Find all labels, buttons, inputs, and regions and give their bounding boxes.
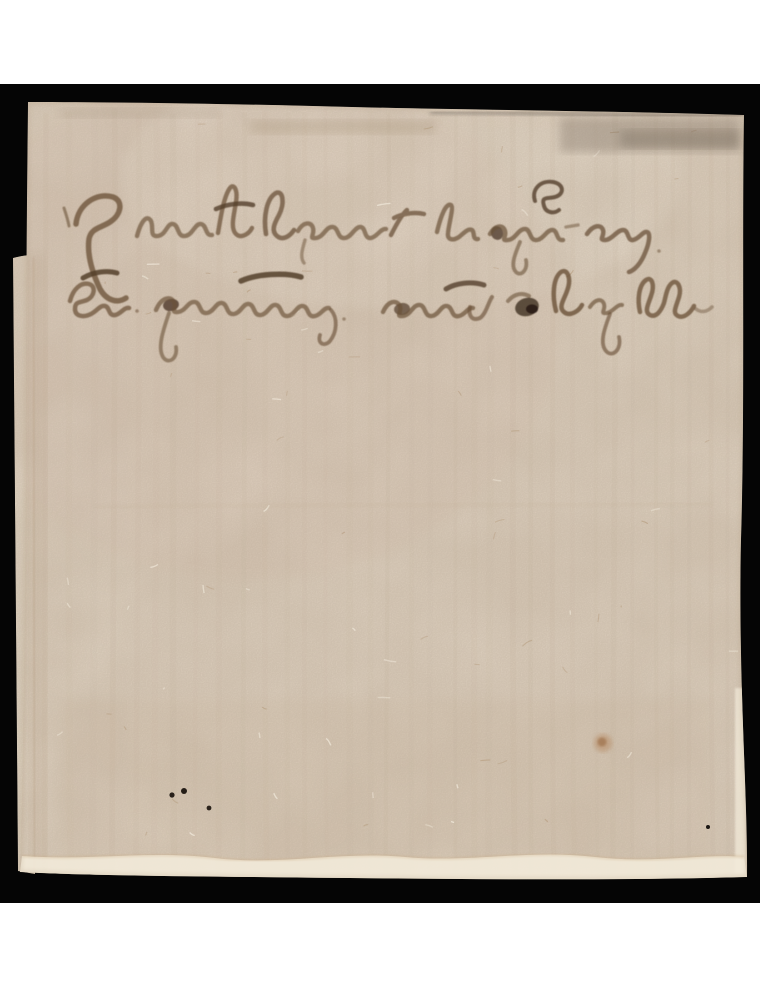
letter-paper <box>0 50 755 887</box>
paper-fiber <box>570 611 571 615</box>
manuscript-letter-scan <box>0 0 760 988</box>
paper-fiber <box>621 606 622 608</box>
paper-deckle-edge <box>20 854 747 880</box>
ink-speck <box>207 806 212 811</box>
paper-fiber <box>272 399 281 400</box>
scan-page <box>0 0 760 988</box>
ink-speck <box>706 825 710 829</box>
ink-speck <box>181 788 187 794</box>
brown-stain-core <box>598 738 607 747</box>
paper-fiber <box>511 431 519 432</box>
paper-fiber <box>373 792 374 798</box>
ink-speck <box>169 792 174 797</box>
paper-grain <box>10 95 755 887</box>
